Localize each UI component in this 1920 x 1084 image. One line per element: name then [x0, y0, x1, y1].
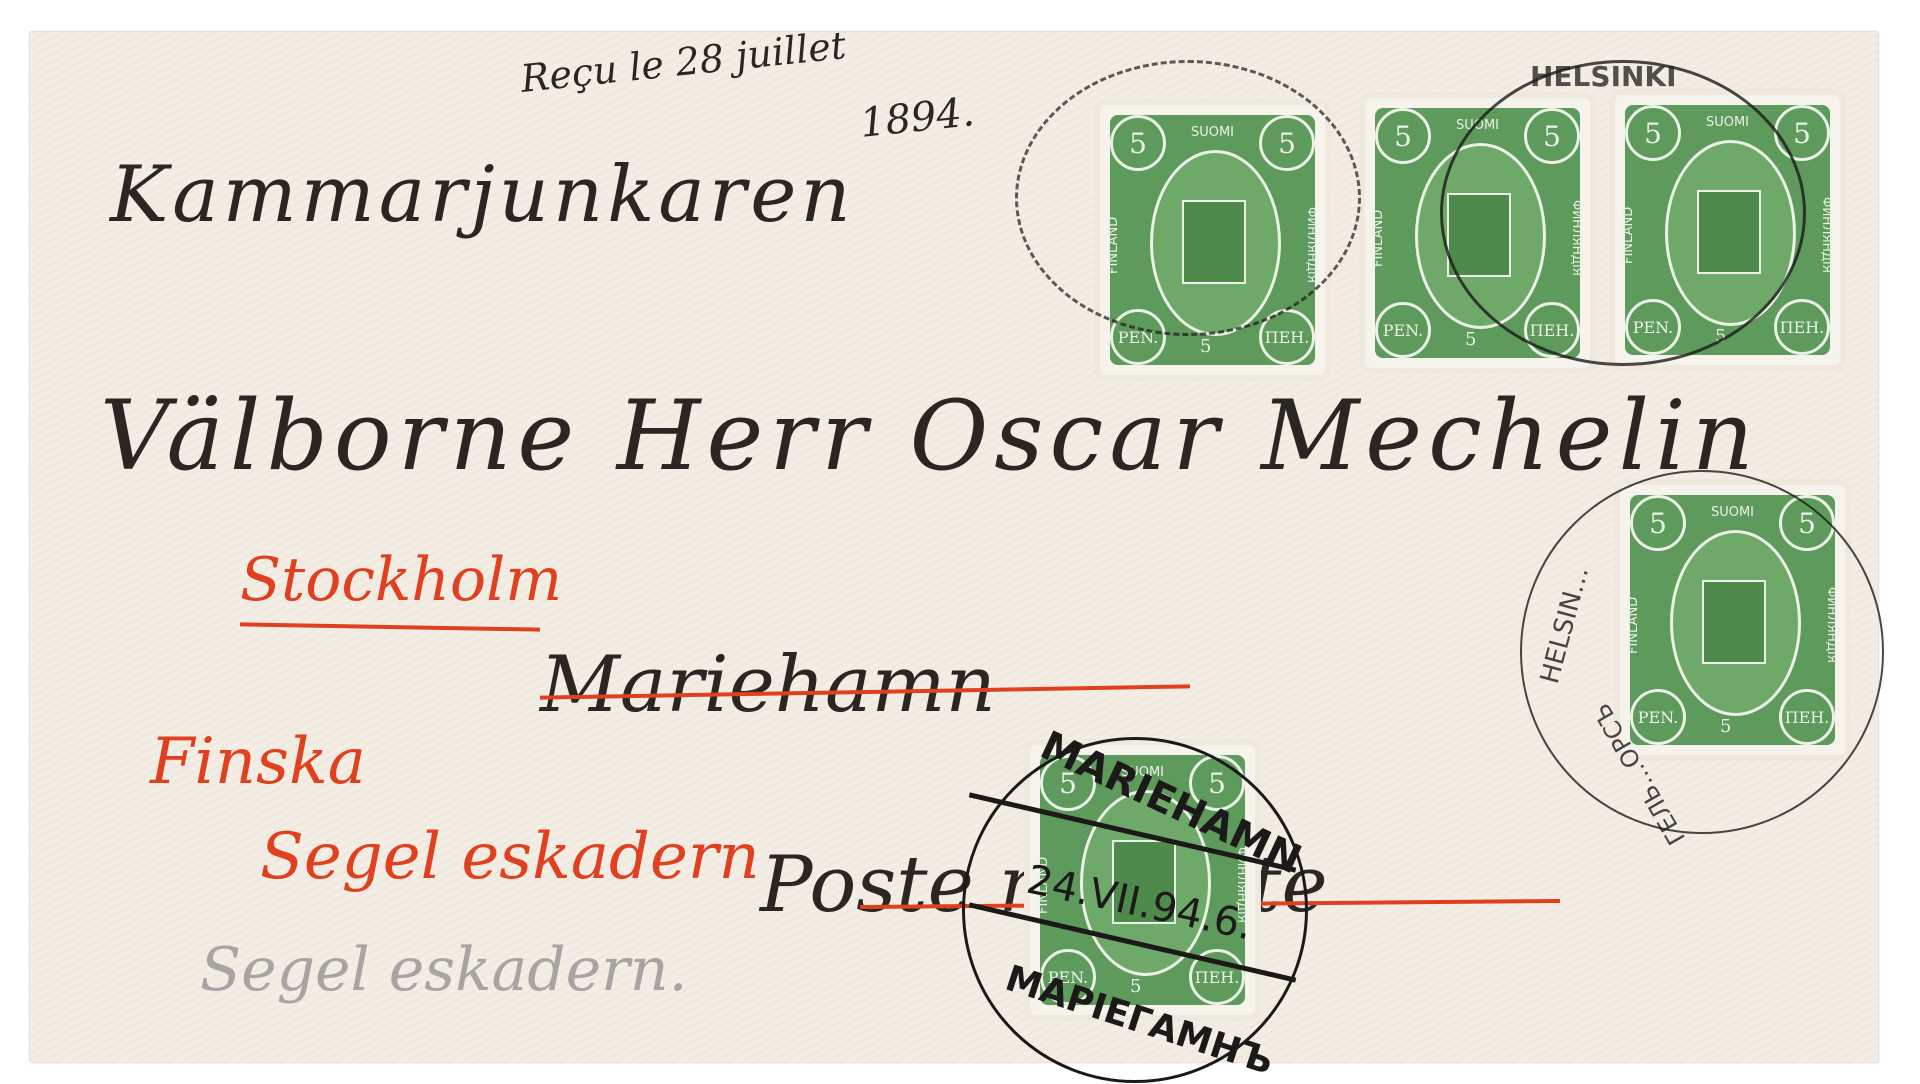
struck-destination: Mariehamn: [540, 640, 996, 730]
pencil-note: Segel eskadern.: [200, 935, 688, 1005]
address-name-line: Välborne Herr Oscar Mechelin: [100, 380, 1760, 492]
postmark-helsinki-2: [1440, 60, 1806, 366]
stamp-unit: PEN.: [1375, 302, 1431, 358]
stamp-value: 5: [1465, 329, 1476, 350]
stamp-side-label: ФИНЛЯНДІЯ: [1820, 175, 1834, 295]
stamp-value: 5: [1375, 108, 1431, 164]
stamp-side-label: FINLAND: [1371, 178, 1386, 298]
stamp-unit: ПЕН.: [1774, 299, 1830, 355]
postmark-helsingfors: [1520, 470, 1884, 834]
red-redirect-stockholm: Stockholm: [240, 545, 562, 615]
postmark-helsinki-1: [1015, 60, 1361, 336]
red-redirect-finska: Finska: [150, 725, 366, 799]
address-title-line: Kammarjunkaren: [110, 150, 855, 240]
postmark-text: HELSINKI: [1530, 60, 1677, 93]
red-redirect-segel-eskadern: Segel eskadern: [260, 820, 760, 894]
stamp-value: 5: [1200, 336, 1211, 357]
